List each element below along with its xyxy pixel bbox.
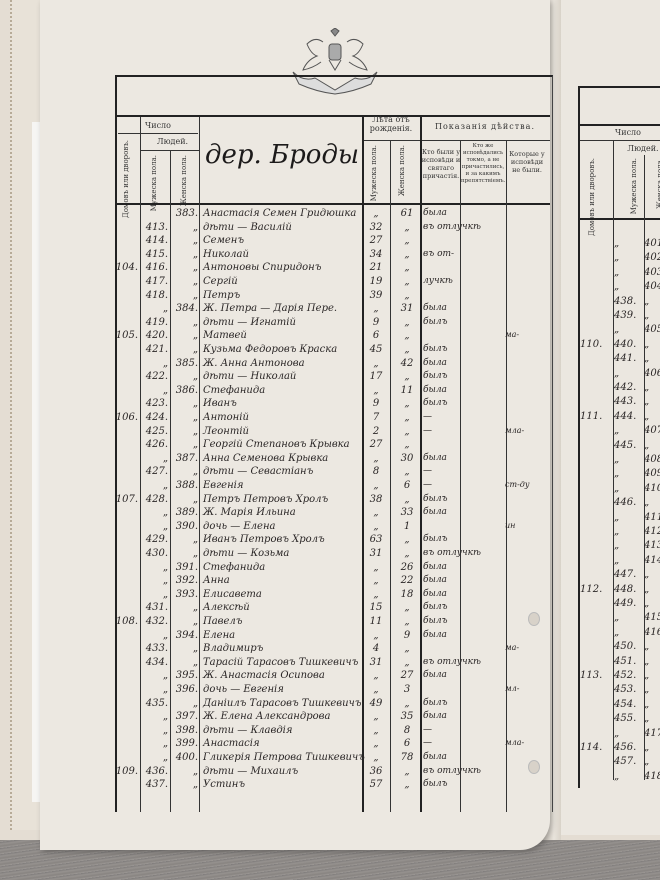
header-age-male-text: Мужеска пола. (370, 145, 378, 201)
female-age: 26 (395, 562, 419, 573)
person-name: Алексѣй (203, 602, 250, 613)
confession-status: — (423, 725, 432, 735)
confession-status: была (423, 208, 447, 218)
male-count: 453. (614, 684, 636, 695)
female-count: „ (644, 396, 649, 407)
female-age: 30 (395, 453, 419, 464)
female-count: 394. (170, 630, 198, 641)
male-age: 6 (365, 330, 387, 341)
male-count: „ (614, 483, 619, 494)
female-count: „ (170, 276, 198, 287)
female-age: 35 (395, 711, 419, 722)
female-count: „ (170, 779, 198, 790)
person-name: Стефанида (203, 562, 265, 573)
male-count: 441. (614, 353, 636, 364)
col-divider-conf1 (460, 140, 461, 812)
male-count: 455. (614, 713, 636, 724)
person-name: Матвей (203, 330, 247, 341)
confession-status: — (423, 480, 432, 490)
confession-status: былъ (423, 534, 448, 544)
house-number: 110. (580, 339, 602, 350)
person-name: дѣти — Николай (203, 371, 296, 382)
male-count: 457. (614, 756, 636, 767)
female-count: „ (644, 670, 649, 681)
female-count: „ (644, 584, 649, 595)
female-age: 6 (395, 480, 419, 491)
male-count: 449. (614, 598, 636, 609)
header-age-group: Лѣта отъ рожденія. (362, 115, 420, 133)
female-count: „ (170, 698, 198, 709)
binding-hole (528, 760, 540, 774)
male-count: „ (140, 738, 168, 749)
female-count: „ (170, 494, 198, 505)
male-count: 415. (140, 249, 168, 260)
header-houses-text: Домовъ или дворовъ. (122, 140, 130, 218)
house-number: 109. (114, 766, 138, 777)
person-name: Николай (203, 249, 249, 260)
confession-status: была (423, 507, 447, 517)
female-age: 8 (395, 725, 419, 736)
female-age: 42 (395, 358, 419, 369)
female-count: „ (170, 222, 198, 233)
col-divider-age (390, 140, 391, 812)
male-count: „ (140, 562, 168, 573)
confession-status: была (423, 752, 447, 762)
female-age: 22 (395, 575, 419, 586)
female-count: „ (170, 330, 198, 341)
female-age: „ (395, 371, 419, 382)
confession-status: была (423, 630, 447, 640)
confession-status: былъ (423, 616, 448, 626)
male-age: 31 (365, 657, 387, 668)
female-count: „ (644, 353, 649, 364)
header-confession-line (420, 140, 550, 141)
female-count: 416. (644, 627, 660, 638)
female-count: „ (644, 656, 649, 667)
person-name: Ж. Анастасія Осипова (203, 670, 325, 681)
male-count: „ (614, 728, 619, 739)
male-age: „ (365, 752, 387, 763)
male-count: 438. (614, 296, 636, 307)
male-count: „ (614, 627, 619, 638)
person-name: дѣти — Севастіанъ (203, 466, 313, 477)
female-count: 406. (644, 368, 660, 379)
header-age-male: Мужеска пола. (370, 145, 378, 200)
header-conf-col2: Кто же исповѣдались токмо, а не причасти… (461, 143, 505, 185)
female-count: „ (170, 657, 198, 668)
male-count: „ (140, 480, 168, 491)
male-age: „ (365, 684, 387, 695)
confession-status: была (423, 589, 447, 599)
person-name: дѣти — Михаилъ (203, 766, 298, 777)
female-count: 397. (170, 711, 198, 722)
person-name: Георгій Степановъ Крывка (203, 439, 350, 450)
male-age: 38 (365, 494, 387, 505)
header-number-group: Число (118, 121, 198, 130)
female-count: 391. (170, 562, 198, 573)
male-age: 2 (365, 426, 387, 437)
male-count: „ (140, 589, 168, 600)
male-count: 436. (140, 766, 168, 777)
confession-status: былъ (423, 344, 448, 354)
male-age: 7 (365, 412, 387, 423)
female-count: 414. (644, 555, 660, 566)
female-age: „ (395, 222, 419, 233)
person-name: Владимиръ (203, 643, 263, 654)
male-count: „ (614, 454, 619, 465)
right-header-line (580, 140, 660, 141)
person-name: Устинъ (203, 779, 245, 790)
female-count: 413. (644, 540, 660, 551)
male-count: 431. (140, 602, 168, 613)
male-age: „ (365, 562, 387, 573)
male-age: 34 (365, 249, 387, 260)
male-age: 8 (365, 466, 387, 477)
confession-status: была (423, 303, 447, 313)
male-age: „ (365, 521, 387, 532)
confession-status: была (423, 385, 447, 395)
female-count: „ (170, 398, 198, 409)
female-count: „ (170, 466, 198, 477)
female-age: „ (395, 317, 419, 328)
female-count: „ (644, 713, 649, 724)
female-age: „ (395, 276, 419, 287)
female-age: „ (395, 249, 419, 260)
female-age: 31 (395, 303, 419, 314)
confession-status: — (423, 466, 432, 476)
confession-status: — (423, 426, 432, 436)
person-name: Анна (203, 575, 230, 586)
female-count: 408. (644, 454, 660, 465)
female-count: „ (170, 412, 198, 423)
male-count: 445. (614, 440, 636, 451)
female-count: „ (644, 699, 649, 710)
person-name: дѣти — Клавдія (203, 725, 293, 736)
male-count: 423. (140, 398, 168, 409)
female-age: 9 (395, 630, 419, 641)
male-age: „ (365, 480, 387, 491)
female-age: „ (395, 398, 419, 409)
right-header-persons: Людей. (618, 144, 660, 153)
person-name: Антоній (203, 412, 249, 423)
house-number: 105. (114, 330, 138, 341)
male-count: 451. (614, 656, 636, 667)
confession-status: была (423, 453, 447, 463)
male-count: „ (614, 425, 619, 436)
female-count: 407. (644, 425, 660, 436)
female-count: 398. (170, 725, 198, 736)
female-count: „ (644, 756, 649, 767)
confession-status: была (423, 670, 447, 680)
confession-status: былъ (423, 779, 448, 789)
remark: ма- (505, 643, 519, 652)
male-age: „ (365, 385, 387, 396)
female-count: „ (644, 684, 649, 695)
header-conf-col3: Которые у исповѣди не были. (507, 150, 547, 174)
confession-status: былъ (423, 371, 448, 381)
confession-status: — (423, 738, 432, 748)
female-count: „ (644, 440, 649, 451)
person-name: Павелъ (203, 616, 242, 627)
person-name: дочь — Евгенія (203, 684, 284, 695)
female-count: 400. (170, 752, 198, 763)
male-age: „ (365, 589, 387, 600)
person-name: Семенъ (203, 235, 244, 246)
male-age: 17 (365, 371, 387, 382)
female-count: „ (644, 411, 649, 422)
confession-status: въ отлучкѣ (423, 766, 481, 776)
female-age: „ (395, 412, 419, 423)
female-age: „ (395, 548, 419, 559)
female-age: „ (395, 766, 419, 777)
male-count: „ (140, 521, 168, 532)
header-conf-col1: Кто были у исповѣди и святаго причастія. (421, 148, 461, 180)
male-age: 57 (365, 779, 387, 790)
remark: ин (505, 521, 515, 530)
house-number: 104. (114, 262, 138, 273)
female-age: 18 (395, 589, 419, 600)
male-count: „ (614, 238, 619, 249)
male-age: „ (365, 711, 387, 722)
male-age: 45 (365, 344, 387, 355)
person-name: Даніилъ Тарасовъ Тишкевичъ (203, 698, 361, 709)
female-count: „ (170, 548, 198, 559)
male-count: 413. (140, 222, 168, 233)
person-name: Петръ Петровъ Хролъ (203, 494, 328, 505)
male-count: 422. (140, 371, 168, 382)
male-age: 4 (365, 643, 387, 654)
female-age: „ (395, 262, 419, 273)
female-count: „ (170, 426, 198, 437)
female-count: 383. (170, 208, 198, 219)
female-count: „ (644, 497, 649, 508)
male-age: 63 (365, 534, 387, 545)
female-age: „ (395, 466, 419, 477)
male-count: 444. (614, 411, 636, 422)
col-divider-female (199, 117, 200, 812)
female-age: „ (395, 698, 419, 709)
remark: мл- (505, 684, 519, 693)
person-name: Иванъ Петровъ Хролъ (203, 534, 325, 545)
male-age: 27 (365, 439, 387, 450)
person-name: Ж. Петра — Дарія Пере. (203, 303, 337, 314)
house-number: 114. (580, 742, 602, 753)
male-count: 416. (140, 262, 168, 273)
right-header-number: Число (598, 128, 658, 137)
village-title: дер. Броды (205, 140, 359, 170)
right-header-rule (580, 124, 660, 126)
female-age: „ (395, 330, 419, 341)
female-age: „ (395, 344, 419, 355)
male-age: „ (365, 630, 387, 641)
male-count: „ (614, 540, 619, 551)
female-count: „ (644, 382, 649, 393)
person-name: Петръ (203, 290, 240, 301)
male-count: 437. (140, 779, 168, 790)
female-count: „ (170, 262, 198, 273)
person-name: дѣти — Василій (203, 222, 292, 233)
female-count: 399. (170, 738, 198, 749)
header-female: Женска пола. (180, 155, 188, 205)
male-count: 421. (140, 344, 168, 355)
person-name: Тарасій Тарасовъ Тишкевичъ (203, 657, 358, 668)
male-count: „ (140, 507, 168, 518)
male-count: „ (614, 252, 619, 263)
female-age: „ (395, 494, 419, 505)
male-age: „ (365, 725, 387, 736)
male-count: 439. (614, 310, 636, 321)
female-age: 61 (395, 208, 419, 219)
male-age: 49 (365, 698, 387, 709)
female-age: „ (395, 439, 419, 450)
female-count: „ (644, 598, 649, 609)
female-count: 403. (644, 267, 660, 278)
female-count: 412. (644, 526, 660, 537)
house-number: 107. (114, 494, 138, 505)
female-count: 385. (170, 358, 198, 369)
person-name: Елисавета (203, 589, 262, 600)
right-header-female: Женска пола. (656, 158, 660, 216)
female-count: 404. (644, 281, 660, 292)
male-count: 417. (140, 276, 168, 287)
female-count: „ (170, 235, 198, 246)
remark: ма- (505, 330, 519, 339)
confession-status: была (423, 562, 447, 572)
male-count: „ (140, 303, 168, 314)
male-count: „ (140, 711, 168, 722)
male-count: 448. (614, 584, 636, 595)
female-age: „ (395, 426, 419, 437)
female-age: „ (395, 290, 419, 301)
person-name: Ж. Анна Антонова (203, 358, 305, 369)
female-age: 1 (395, 521, 419, 532)
confession-status: былъ (423, 398, 448, 408)
female-count: 415. (644, 612, 660, 623)
male-count: „ (614, 771, 619, 782)
male-count: 442. (614, 382, 636, 393)
person-name: Иванъ (203, 398, 237, 409)
female-age: 27 (395, 670, 419, 681)
female-count: 390. (170, 521, 198, 532)
person-name: Гликерія Петрова Тишкевичъ (203, 752, 365, 763)
female-count: 389. (170, 507, 198, 518)
male-age: „ (365, 358, 387, 369)
house-number: 106. (114, 412, 138, 423)
female-count: 411. (644, 512, 660, 523)
female-count: 418. (644, 771, 660, 782)
male-age: „ (365, 670, 387, 681)
male-age: 21 (365, 262, 387, 273)
male-count: „ (614, 512, 619, 523)
female-count: 409. (644, 468, 660, 479)
right-header-male-text: Мужеска пола. (630, 158, 638, 214)
male-age: 27 (365, 235, 387, 246)
male-count: „ (140, 453, 168, 464)
male-age: „ (365, 738, 387, 749)
male-count: 440. (614, 339, 636, 350)
male-age: 31 (365, 548, 387, 559)
male-count: 428. (140, 494, 168, 505)
female-count: „ (170, 344, 198, 355)
male-count: 429. (140, 534, 168, 545)
male-count: „ (140, 385, 168, 396)
header-age-female-text: Женска пола. (398, 145, 406, 196)
female-count: 384. (170, 303, 198, 314)
male-count: „ (614, 267, 619, 278)
male-count: 424. (140, 412, 168, 423)
male-age: 9 (365, 398, 387, 409)
female-age: 78 (395, 752, 419, 763)
female-age: „ (395, 602, 419, 613)
male-age: „ (365, 303, 387, 314)
person-name: Анастасія Семен Гридюшка (203, 208, 356, 219)
confession-status: былъ (423, 494, 448, 504)
female-count: 405. (644, 324, 660, 335)
col-divider-conf2 (506, 140, 507, 812)
female-count: 417. (644, 728, 660, 739)
male-count: 426. (140, 439, 168, 450)
person-name: дѣти — Козьма (203, 548, 289, 559)
female-count: „ (170, 616, 198, 627)
right-header-bottom-rule (580, 218, 660, 220)
male-count: „ (140, 630, 168, 641)
male-count: „ (140, 725, 168, 736)
person-name: Ж. Марія Ильина (203, 507, 296, 518)
male-count: 414. (140, 235, 168, 246)
male-count: 443. (614, 396, 636, 407)
male-count: 419. (140, 317, 168, 328)
person-name: Антоновы Спиридонъ (203, 262, 321, 273)
person-name: Анна Семенова Крывка (203, 453, 328, 464)
male-count: 447. (614, 569, 636, 580)
male-age: „ (365, 575, 387, 586)
header-houses: Домовъ или дворовъ. (122, 140, 130, 200)
col-divider-agef (420, 117, 422, 812)
male-count: „ (614, 468, 619, 479)
house-number: 108. (114, 616, 138, 627)
female-age: „ (395, 616, 419, 627)
right-header-male: Мужеска пола. (630, 158, 638, 216)
female-count: 386. (170, 385, 198, 396)
male-age: 15 (365, 602, 387, 613)
house-number: 111. (580, 411, 602, 422)
male-count: 450. (614, 641, 636, 652)
male-age: 36 (365, 766, 387, 777)
remark: мла- (505, 426, 524, 435)
remark: ст-ду (505, 480, 529, 489)
person-name: Кузьма Федоровъ Краска (203, 344, 337, 355)
female-age: 3 (395, 684, 419, 695)
male-count: 427. (140, 466, 168, 477)
person-name: Стефанида (203, 385, 265, 396)
person-name: Леонтій (203, 426, 249, 437)
female-age: „ (395, 779, 419, 790)
confession-status: — (423, 412, 432, 422)
right-page: Число Людей. Домовъ или дворовъ. Мужеска… (558, 0, 660, 835)
person-name: Елена (203, 630, 235, 641)
male-count: „ (614, 368, 619, 379)
female-count: 387. (170, 453, 198, 464)
female-count: 396. (170, 684, 198, 695)
confession-status: былъ (423, 317, 448, 327)
male-count: „ (614, 281, 619, 292)
male-count: 434. (140, 657, 168, 668)
person-name: Евгенія (203, 480, 244, 491)
confession-status: была (423, 711, 447, 721)
right-header-houses-text: Домовъ или дворовъ. (588, 158, 596, 236)
male-age: 19 (365, 276, 387, 287)
male-count: 454. (614, 699, 636, 710)
